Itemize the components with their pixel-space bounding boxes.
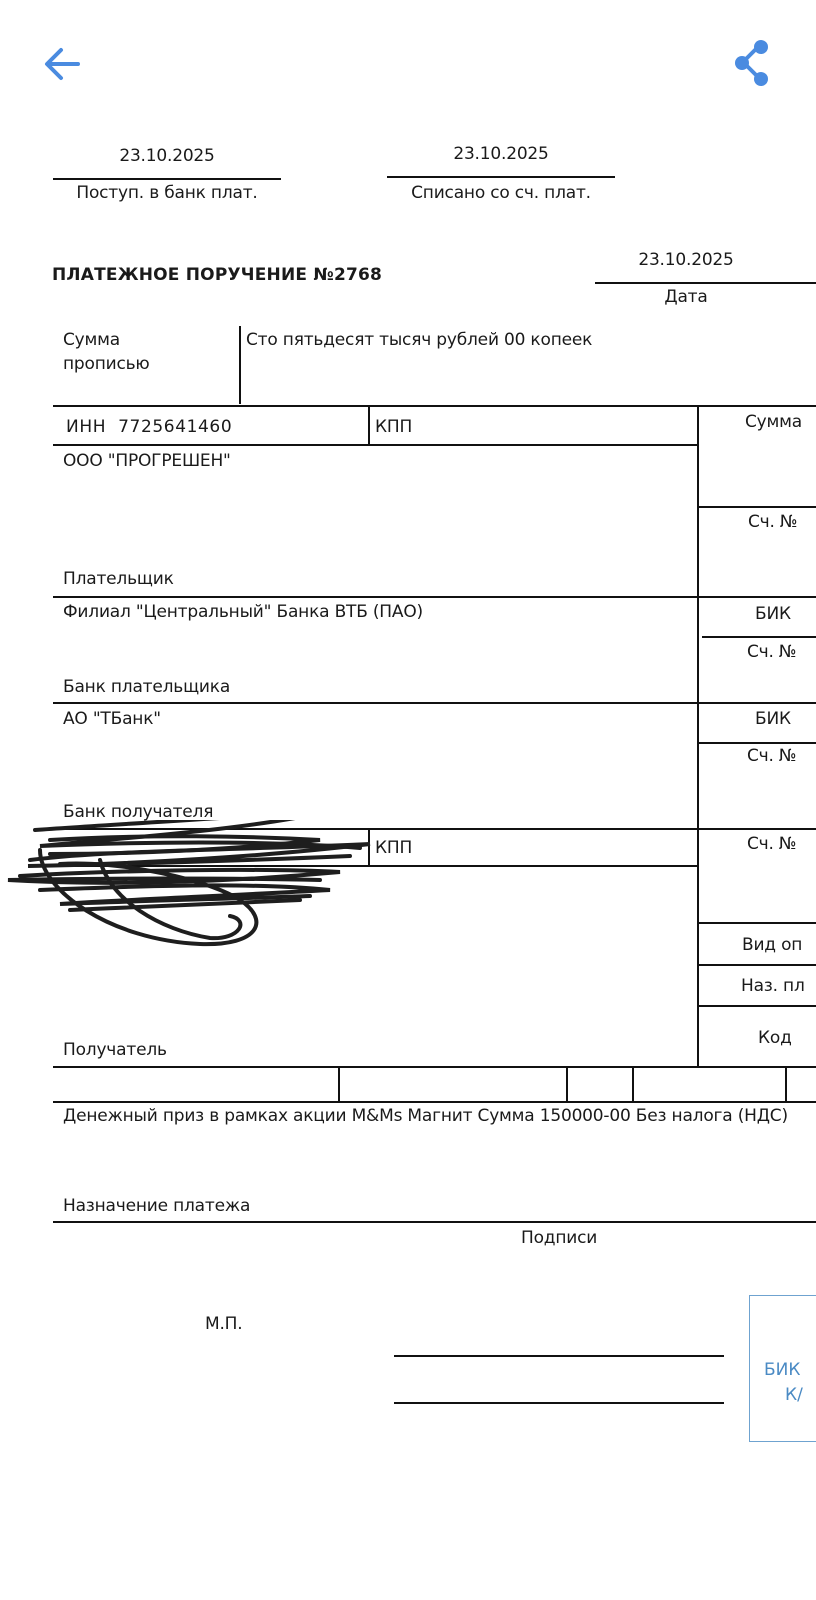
divider bbox=[702, 636, 816, 638]
share-button[interactable] bbox=[735, 38, 785, 90]
recipient-bank-account-label: Сч. № bbox=[747, 746, 796, 766]
bank-stamp-account: К/ bbox=[785, 1385, 803, 1405]
recipient-bank-label: Банк получателя bbox=[63, 802, 213, 822]
debited-date-value: 23.10.2025 bbox=[387, 144, 615, 164]
amount-label: Сумма bbox=[745, 412, 802, 432]
back-button[interactable] bbox=[40, 42, 84, 86]
right-column-divider bbox=[697, 405, 699, 1067]
debited-date-label: Списано со сч. плат. bbox=[387, 183, 615, 203]
received-date-label: Поступ. в банк плат. bbox=[53, 183, 281, 203]
divider bbox=[53, 1101, 816, 1103]
divider bbox=[698, 922, 816, 924]
document-date-label: Дата bbox=[596, 287, 776, 307]
payer-bank-account-label: Сч. № bbox=[747, 642, 796, 662]
divider bbox=[785, 1066, 787, 1102]
divider bbox=[53, 828, 816, 830]
divider bbox=[368, 828, 370, 866]
payer-bank-name: Филиал "Центральный" Банка ВТБ (ПАО) bbox=[63, 602, 423, 622]
signatures-label: Подписи bbox=[521, 1228, 597, 1248]
divider bbox=[53, 702, 816, 704]
recipient-bank-name: АО "ТБанк" bbox=[63, 709, 161, 729]
divider bbox=[698, 506, 816, 508]
operation-type-label: Вид оп bbox=[742, 935, 802, 955]
document-date-value: 23.10.2025 bbox=[596, 250, 776, 270]
divider bbox=[698, 1005, 816, 1007]
amount-words-label: Сумма прописью bbox=[63, 330, 150, 374]
payment-purpose-short-label: Наз. пл bbox=[741, 976, 805, 996]
received-date-value: 23.10.2025 bbox=[53, 146, 281, 166]
divider bbox=[53, 178, 281, 180]
arrow-left-icon bbox=[40, 42, 84, 86]
payment-purpose-text: Денежный приз в рамках акции M&Ms Магнит… bbox=[63, 1106, 788, 1126]
payer-name: ООО "ПРОГРЕШЕН" bbox=[63, 451, 231, 471]
divider bbox=[632, 1066, 634, 1102]
divider bbox=[338, 1066, 340, 1102]
code-label: Код bbox=[758, 1028, 792, 1048]
divider bbox=[239, 326, 241, 404]
divider bbox=[53, 444, 698, 446]
divider bbox=[698, 742, 816, 744]
divider bbox=[595, 282, 816, 284]
divider bbox=[53, 1221, 816, 1223]
recipient-bank-bik-label: БИК bbox=[755, 709, 791, 729]
payer-inn: ИНН 7725641460 bbox=[66, 417, 232, 437]
divider bbox=[53, 1066, 816, 1068]
signature-line bbox=[394, 1355, 724, 1357]
payer-bank-label: Банк плательщика bbox=[63, 677, 230, 697]
divider bbox=[698, 964, 816, 966]
payer-bank-bik-label: БИК bbox=[755, 604, 791, 624]
divider bbox=[566, 1066, 568, 1102]
divider bbox=[53, 865, 698, 867]
document-title: ПЛАТЕЖНОЕ ПОРУЧЕНИЕ №2768 bbox=[52, 265, 382, 285]
recipient-kpp-label: КПП bbox=[375, 838, 412, 858]
recipient-label: Получатель bbox=[63, 1040, 167, 1060]
redaction-scribble bbox=[0, 820, 400, 970]
divider bbox=[368, 405, 370, 445]
amount-words-value: Сто пятьдесят тысяч рублей 00 копеек bbox=[246, 330, 592, 350]
payer-account-label: Сч. № bbox=[748, 512, 797, 532]
signature-line bbox=[394, 1402, 724, 1404]
divider bbox=[387, 176, 615, 178]
payer-label: Плательщик bbox=[63, 569, 174, 589]
divider bbox=[53, 596, 816, 598]
stamp-place-label: М.П. bbox=[205, 1314, 242, 1334]
share-icon bbox=[735, 38, 785, 90]
divider bbox=[53, 405, 816, 407]
payment-purpose-label: Назначение платежа bbox=[63, 1196, 250, 1216]
bank-stamp-bik: БИК bbox=[764, 1360, 800, 1380]
payer-kpp-label: КПП bbox=[375, 417, 412, 437]
recipient-account-label: Сч. № bbox=[747, 834, 796, 854]
